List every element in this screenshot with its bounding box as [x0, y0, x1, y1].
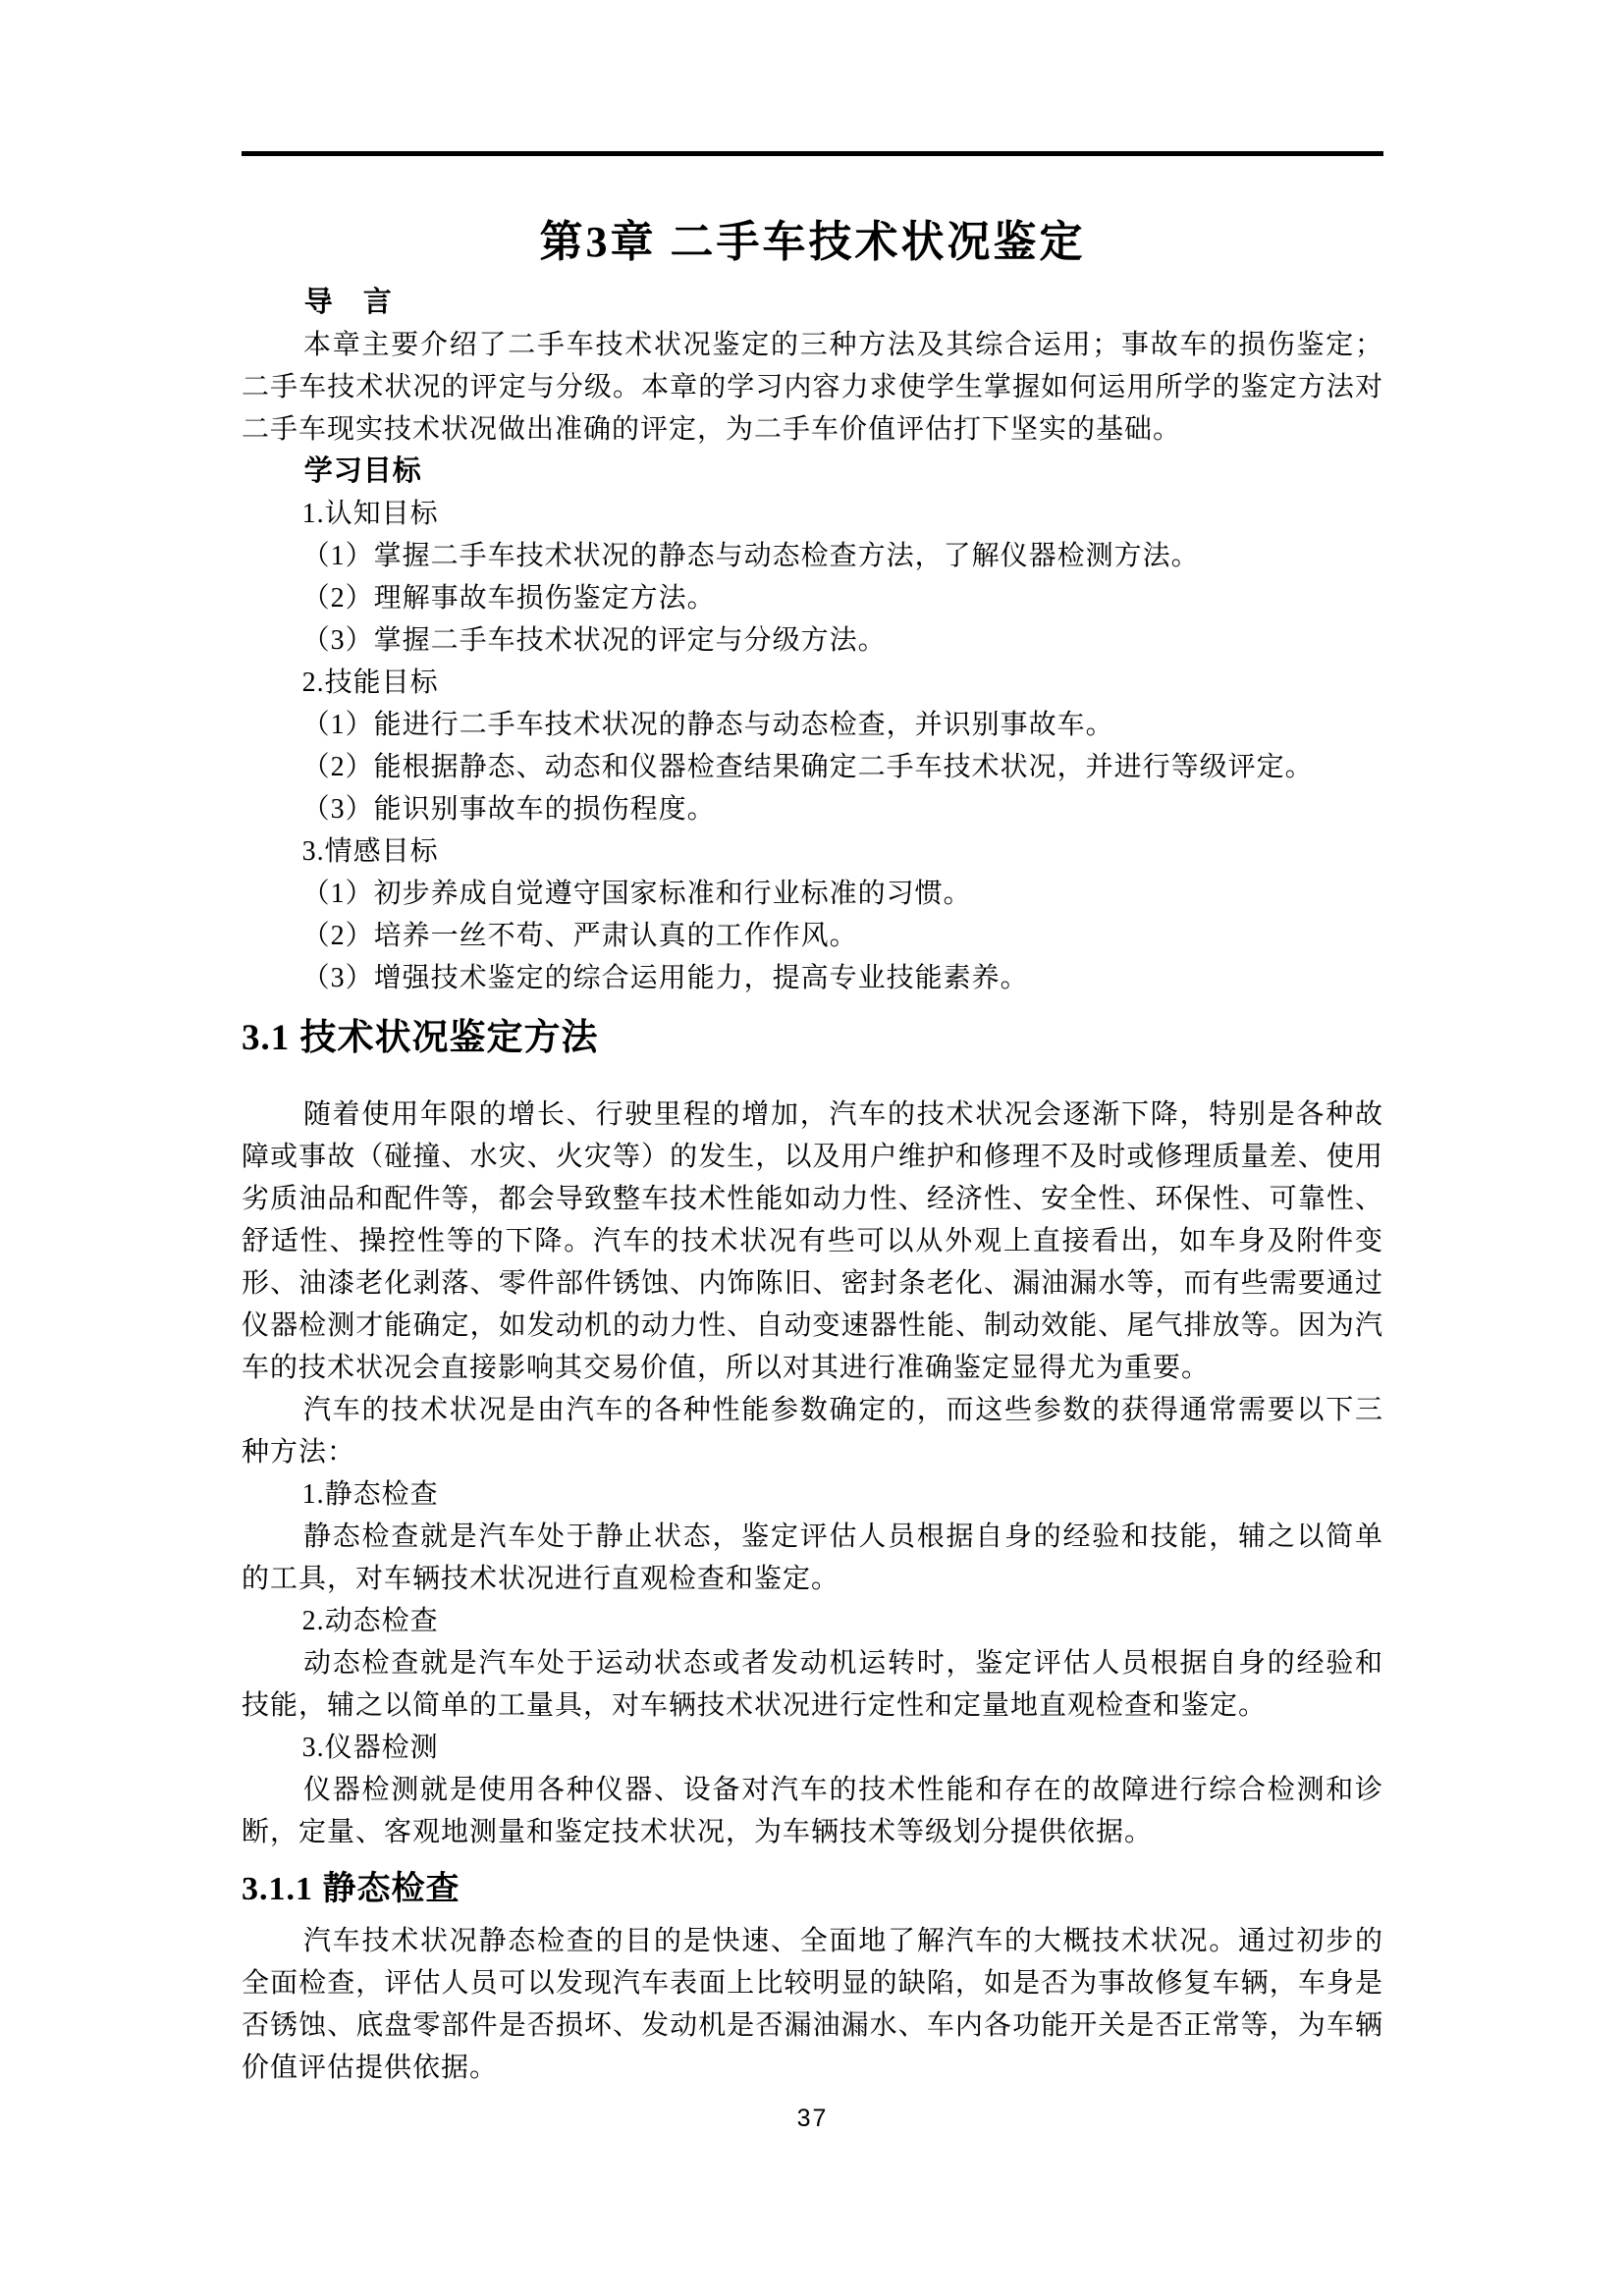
intro-paragraph: 本章主要介绍了二手车技术状况鉴定的三种方法及其综合运用；事故车的损伤鉴定；二手车…: [242, 324, 1383, 451]
chapter-title: 第3章 二手车技术状况鉴定: [242, 217, 1383, 268]
method-paragraph: 静态检查就是汽车处于静止状态，鉴定评估人员根据自身的经验和技能，辅之以简单的工具…: [242, 1516, 1383, 1600]
objective-item: （2）理解事故车损伤鉴定方法。: [242, 577, 1383, 619]
subsection-heading-3-1-1: 3.1.1 静态检查: [242, 1869, 1383, 1910]
body-paragraph: 随着使用年限的增长、行驶里程的增加，汽车的技术状况会逐渐下降，特别是各种故障或事…: [242, 1094, 1383, 1389]
objective-item: （3）增强技术鉴定的综合运用能力，提高专业技能素养。: [242, 957, 1383, 999]
objective-item: （3）掌握二手车技术状况的评定与分级方法。: [242, 619, 1383, 662]
document-body: 导 言 本章主要介绍了二手车技术状况鉴定的三种方法及其综合运用；事故车的损伤鉴定…: [242, 282, 1383, 2136]
document-page: 第3章 二手车技术状况鉴定 导 言 本章主要介绍了二手车技术状况鉴定的三种方法及…: [0, 0, 1624, 2296]
objective-item: （1）掌握二手车技术状况的静态与动态检查方法，了解仪器检测方法。: [242, 535, 1383, 577]
objective-item: （2）培养一丝不苟、严肃认真的工作作风。: [242, 915, 1383, 957]
section-heading-3-1: 3.1 技术状况鉴定方法: [242, 1017, 1383, 1060]
method-title-dynamic: 2.动态检查: [242, 1600, 1383, 1642]
objective-group-title-cognitive: 1.认知目标: [242, 493, 1383, 535]
body-paragraph: 汽车技术状况静态检查的目的是快速、全面地了解汽车的大概技术状况。通过初步的全面检…: [242, 1920, 1383, 2089]
objective-item: （2）能根据静态、动态和仪器检查结果确定二手车技术状况，并进行等级评定。: [242, 746, 1383, 788]
objective-item: （3）能识别事故车的损伤程度。: [242, 788, 1383, 830]
objective-item: （1）初步养成自觉遵守国家标准和行业标准的习惯。: [242, 873, 1383, 915]
page-number: 37: [242, 2101, 1383, 2136]
objective-item: （1）能进行二手车技术状况的静态与动态检查，并识别事故车。: [242, 704, 1383, 746]
method-title-instrument: 3.仪器检测: [242, 1727, 1383, 1769]
objective-group-title-affective: 3.情感目标: [242, 830, 1383, 873]
objective-group-title-skill: 2.技能目标: [242, 662, 1383, 704]
method-paragraph: 动态检查就是汽车处于运动状态或者发动机运转时，鉴定评估人员根据自身的经验和技能，…: [242, 1642, 1383, 1727]
intro-heading: 导 言: [242, 282, 1383, 324]
objectives-heading: 学习目标: [242, 451, 1383, 493]
method-title-static: 1.静态检查: [242, 1473, 1383, 1516]
header-rule: [242, 151, 1383, 156]
text-block: 第3章 二手车技术状况鉴定 导 言 本章主要介绍了二手车技术状况鉴定的三种方法及…: [242, 151, 1383, 2136]
method-paragraph: 仪器检测就是使用各种仪器、设备对汽车的技术性能和存在的故障进行综合检测和诊断，定…: [242, 1769, 1383, 1853]
body-paragraph: 汽车的技术状况是由汽车的各种性能参数确定的，而这些参数的获得通常需要以下三种方法…: [242, 1389, 1383, 1473]
